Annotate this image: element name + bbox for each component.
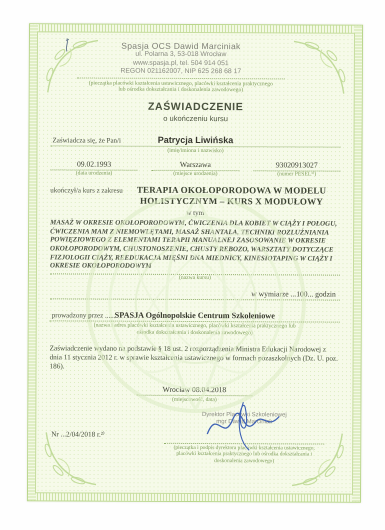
birth-place-caption: (miejsce urodzenia) [152, 170, 239, 177]
course-title: TERAPIA OKOŁOPORODOWA W MODELU HOLISTYCZ… [123, 185, 341, 208]
certificate-sheet: Spasja OCS Dawid Marciniak ul. Polarna 3… [27, 23, 363, 502]
course-modules-text: MASAŻ W OKRESIE OKOŁOPORODOWYM, ĆWICZENI… [50, 220, 340, 273]
person-name-row: Zaświadcza się, że Pan/i Patrycja Liwińs… [51, 131, 341, 147]
birth-place: Warszawa [152, 159, 239, 170]
issue-place-date: Wrocław 08.04.2018 [137, 385, 253, 397]
pen-mark-icon [59, 35, 75, 53]
person-name-caption: (imię/imiona i nazwisko) [50, 147, 340, 155]
document-subtitle: o ukończeniu kursu [51, 113, 341, 123]
course-hours: w wymiarze ...100... godzin [50, 286, 340, 301]
conducted-by-name: SPASJA Ogólnopolskie Centrum Szkoleniowe [50, 311, 340, 321]
birth-place-cell: Warszawa (miejsce urodzenia) [152, 159, 239, 177]
handwritten-signature-icon [199, 400, 295, 452]
director-signature-block: Dyrektor Placówki Szkoleniowej mgr Dawid… [155, 412, 333, 465]
pesel-cell: 93020913027 (numer PESEL¹⁾) [253, 160, 340, 178]
pesel-number: 93020913027 [253, 160, 340, 171]
personal-details-row: 09.02.1993 (data urodzenia) Warszawa (mi… [50, 159, 340, 178]
certificate-number: Nr ...2/04/2018 r.²⁾ [51, 429, 104, 438]
including-label: w tym [50, 209, 340, 218]
person-name: Patrycja Liwińska [51, 134, 341, 145]
document-title: ZAŚWIADCZENIE [51, 100, 341, 113]
border-stripe-bottom [28, 492, 360, 501]
institution-stamp: Spasja OCS Dawid Marciniak ul. Polarna 3… [73, 40, 289, 94]
certificate-scan: Spasja OCS Dawid Marciniak ul. Polarna 3… [0, 0, 385, 530]
document-title-block: ZAŚWIADCZENIE o ukończeniu kursu [51, 100, 341, 123]
birth-date-caption: (data urodzenia) [50, 170, 137, 177]
course-name-caption: (nazwa kursu) [50, 274, 340, 282]
stamp-org-ids: REGON 021162007, NIP 625 268 68 17 [73, 68, 289, 78]
course-intro-row: ukończył/a kurs z zakresu TERAPIA OKOŁOP… [50, 185, 340, 208]
signature-area: Nr ...2/04/2018 r.²⁾ Dyrektor Placówki S… [49, 405, 339, 490]
conducted-by-row: prowadzony przez ...... SPASJA Ogólnopol… [50, 307, 340, 323]
birth-date: 09.02.1993 [50, 159, 137, 170]
legal-basis-text: Zaświadczenie wydano na podstawie § 18 u… [50, 344, 340, 373]
issue-place-date-row: Wrocław 08.04.2018 (miejscowość, data) [49, 378, 339, 404]
conducted-by-caption: (nazwa i adres placówki kształcenia usta… [90, 323, 300, 337]
stamp-caption: (pieczątka placówki kształcenia ustawicz… [86, 80, 276, 94]
certificate-body: Spasja OCS Dawid Marciniak ul. Polarna 3… [36, 32, 354, 493]
corner-vine-decoration [290, 35, 352, 97]
stamp-underline [77, 77, 285, 79]
completed-label: ukończył/a kurs z zakresu [50, 187, 123, 195]
birth-date-cell: 09.02.1993 (data urodzenia) [50, 159, 137, 177]
issue-place-date-caption: (miejscowość, data) [49, 396, 339, 404]
pesel-caption: (numer PESEL¹⁾) [253, 171, 340, 178]
